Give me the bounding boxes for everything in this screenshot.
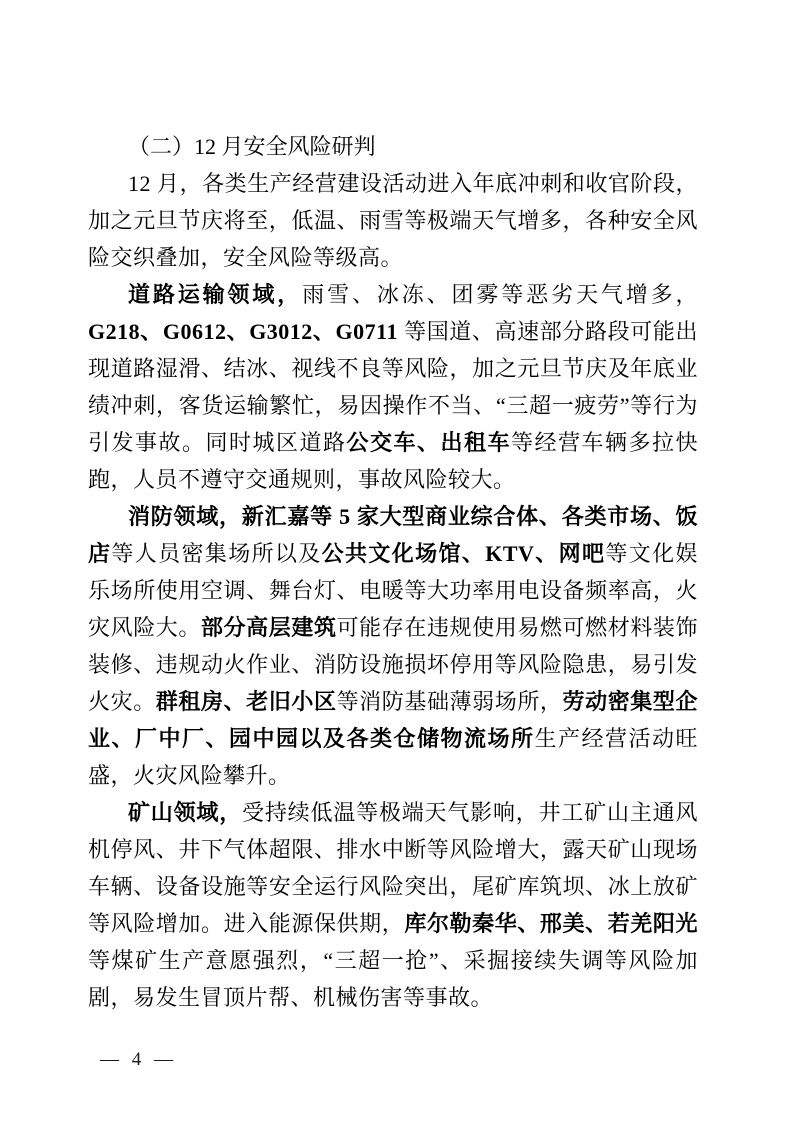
bold-text-run: 矿山领域， [128,800,242,825]
section-heading: （二）12 月安全风险研判 [88,128,698,165]
paragraph: 消防领域，新汇嘉等 5 家大型商业综合体、各类市场、饭店等人员密集场所以及公共文… [88,498,698,794]
paragraph: 矿山领域，受持续低温等极端天气影响，井工矿山主通风机停风、井下气体超限、排水中断… [88,794,698,1016]
bold-text-run: 公共文化场馆、KTV、网吧 [322,541,606,566]
bold-text-run: 群租房、老旧小区 [156,689,337,714]
page-footer: — 4 — [100,1046,177,1074]
bold-text-run: G218、G0612、G3012、G0711 [88,319,398,344]
bold-text-run: 部分高层建筑 [201,615,337,640]
document-content: （二）12 月安全风险研判 12 月，各类生产经营建设活动进入年底冲刺和收官阶段… [88,128,698,1016]
document-body: 12 月，各类生产经营建设活动进入年底冲刺和收官阶段，加之元旦节庆将至，低温、雨… [88,165,698,1016]
document-page: （二）12 月安全风险研判 12 月，各类生产经营建设活动进入年底冲刺和收官阶段… [0,0,793,1122]
page-number: — 4 — [100,1049,177,1070]
paragraph: 道路运输领域，雨雪、冰冻、团雾等恶劣天气增多，G218、G0612、G3012、… [88,276,698,498]
text-run: 雨雪、冰冻、团雾等恶劣天气增多， [302,282,698,307]
text-run: 等消防基础薄弱场所， [337,689,563,714]
text-run: 等人员密集场所以及 [111,541,321,566]
text-run: 等煤矿生产意愿强烈，“三超一抢”、采掘接续失调等风险加剧，易发生冒顶片帮、机械伤… [88,948,698,1010]
paragraph: 12 月，各类生产经营建设活动进入年底冲刺和收官阶段，加之元旦节庆将至，低温、雨… [88,165,698,276]
bold-text-run: 公交车、出租车 [346,430,511,455]
bold-text-run: 道路运输领域， [128,282,302,307]
text-run: 12 月，各类生产经营建设活动进入年底冲刺和收官阶段，加之元旦节庆将至，低温、雨… [88,171,698,270]
bold-text-run: 库尔勒秦华、邢美、若羌阳光 [404,911,698,936]
